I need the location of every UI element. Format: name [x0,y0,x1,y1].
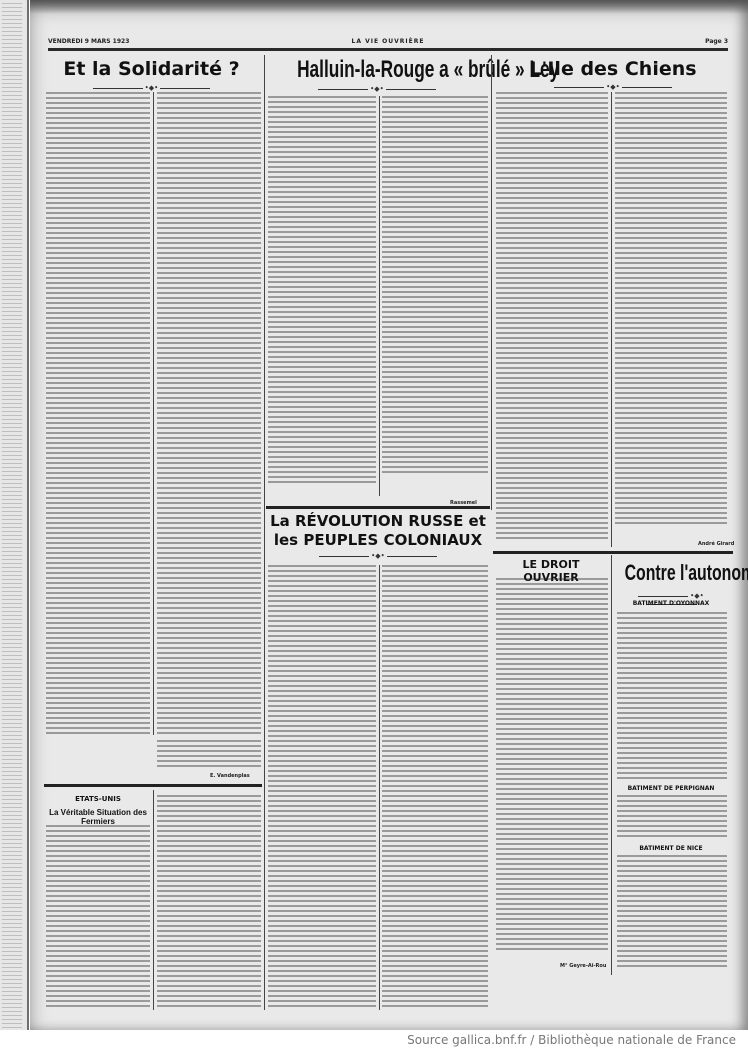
article-body-ile-col2 [615,92,727,527]
section-rule [266,506,490,509]
article-body-end [157,740,261,768]
section-rule [44,784,262,787]
headline-revolution-line1: La RÉVOLUTION RUSSE et [266,512,490,531]
article-body-revolution-col2 [382,565,488,1010]
article-body-nice [617,855,727,967]
article-body-solidarite-col2 [157,92,261,735]
column-rule [264,55,265,1010]
article-body-etats-unis-col1 [46,825,150,1010]
page-number: Page 3 [705,38,728,45]
subhead-nice: BATIMENT DE NICE [615,845,727,852]
headline-ile-des-chiens: L'Ile des Chiens [493,55,733,83]
subhead-perpignan: BATIMENT DE PERPIGNAN [615,785,727,792]
masthead-rule [48,48,728,51]
column-rule [153,790,154,1010]
signature-droit-ouvrier: M° Geyre-Ai-Rou [560,963,606,969]
headline-revolution-line2: les PEUPLES COLONIAUX [266,531,490,550]
section-etats-unis: ETATS-UNIS [44,795,152,803]
column-rule [611,92,612,547]
headline-halluin: Halluin-la-Rouge a « brûlé » Ley [297,55,457,85]
ornament-divider: •◆• [266,85,488,93]
section-rule [493,551,733,554]
article-solidarite: Et la Solidarité ? •◆• [44,55,259,92]
headline-solidarite: Et la Solidarité ? [44,55,259,83]
source-attribution: Source gallica.bnf.fr / Bibliothèque nat… [0,1033,748,1053]
article-body-revolution-col1 [268,565,376,1010]
column-rule [379,565,380,1010]
column-rule [491,55,492,510]
article-body-halluin-col1 [268,96,376,486]
article-body-droit-ouvrier [496,578,608,953]
signature-vandenplas: E. Vandenplas [210,773,250,779]
headline-etats-unis: La Véritable Situation des Fermiers [40,808,156,826]
article-revolution-russe: La RÉVOLUTION RUSSE et les PEUPLES COLON… [266,512,490,560]
newspaper-title: LA VIE OUVRIÈRE [48,38,728,45]
article-halluin: Halluin-la-Rouge a « brûlé » Ley •◆• [266,55,488,93]
article-body-etats-unis-col2 [157,795,261,1010]
ornament-divider: •◆• [266,552,490,560]
article-body-ile-col1 [496,92,608,540]
previous-page-edge [0,0,29,1030]
column-rule [153,92,154,735]
article-ile-des-chiens: L'Ile des Chiens •◆• [493,55,733,91]
article-body-solidarite-col1 [46,92,150,735]
headline-contre-autonomie: Contre l'autonomie [625,558,726,588]
article-body-halluin-col2 [382,96,488,474]
article-body-perpignan [617,795,727,840]
ornament-divider: •◆• [44,84,259,92]
column-rule [379,96,380,496]
ornament-divider: •◆• [493,83,733,91]
newspaper-page: VENDREDI 9 MARS 1923 LA VIE OUVRIÈRE Pag… [30,0,748,1030]
article-body-oyonnax [617,612,727,780]
signature-ile-des-chiens: André Girard [698,541,734,547]
column-rule [611,555,612,975]
subhead-oyonnax: BATIMENT D'OYONNAX [615,600,727,607]
